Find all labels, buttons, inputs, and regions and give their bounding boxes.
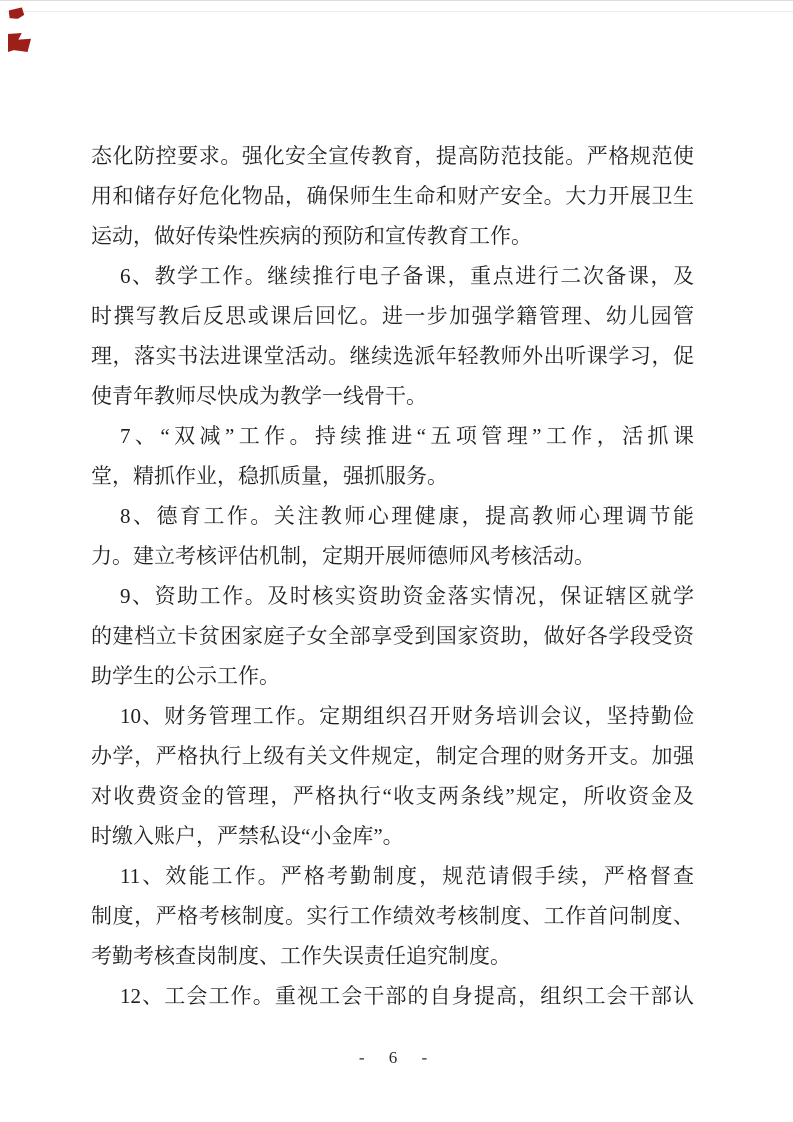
paragraph: 6、教学工作。继续推行电子备课，重点进行二次备课，及时撰写教后反思或课后回忆。进… [91,256,694,416]
text-line: 考勤考核查岗制度、工作失误责任追究制度。 [91,936,694,976]
text-line: 运动，做好传染性疾病的预防和宣传教育工作。 [91,216,694,256]
text-line: 使青年教师尽快成为教学一线骨干。 [91,376,694,416]
paragraph: 11、效能工作。严格考勤制度，规范请假手续，严格督查制度，严格考核制度。实行工作… [91,856,694,976]
paragraph: 8、德育工作。关注教师心理健康，提高教师心理调节能力。建立考核评估机制，定期开展… [91,496,694,576]
paragraph: 10、财务管理工作。定期组织召开财务培训会议，坚持勤俭办学，严格执行上级有关文件… [91,696,694,856]
text-line: 制度，严格考核制度。实行工作绩效考核制度、工作首问制度、 [91,896,694,936]
text-line: 办学，严格执行上级有关文件规定，制定合理的财务开支。加强 [91,736,694,776]
text-line: 态化防控要求。强化安全宣传教育，提高防范技能。严格规范使 [91,136,694,176]
paragraph: 态化防控要求。强化安全宣传教育，提高防范技能。严格规范使用和储存好危化物品，确保… [91,136,694,256]
scan-edge-top-line [0,0,793,1]
document-page: 态化防控要求。强化安全宣传教育，提高防范技能。严格规范使用和储存好危化物品，确保… [0,0,793,1122]
text-line: 理，落实书法进课堂活动。继续选派年轻教师外出听课学习，促 [91,336,694,376]
scan-edge-line [6,11,793,12]
text-line: 6、教学工作。继续推行电子备课，重点进行二次备课，及 [91,256,694,296]
paragraph: 12、工会工作。重视工会干部的自身提高，组织工会干部认 [91,976,694,1016]
text-line: 力。建立考核评估机制，定期开展师德师风考核活动。 [91,536,694,576]
text-line: 10、财务管理工作。定期组织召开财务培训会议，坚持勤俭 [91,696,694,736]
red-ink-mark-2 [8,33,31,52]
text-line: 助学生的公示工作。 [91,656,694,696]
page-footer: - 6 - [0,1046,793,1070]
text-line: 时缴入账户，严禁私设“小金库”。 [91,816,694,856]
text-line: 的建档立卡贫困家庭子女全部享受到国家资助，做好各学段受资 [91,616,694,656]
text-line: 11、效能工作。严格考勤制度，规范请假手续，严格督查 [91,856,694,896]
text-line: 7、“双减”工作。持续推进“五项管理”工作，活抓课 [91,416,694,456]
text-line: 时撰写教后反思或课后回忆。进一步加强学籍管理、幼儿园管 [91,296,694,336]
text-line: 8、德育工作。关注教师心理健康，提高教师心理调节能 [91,496,694,536]
text-line: 用和储存好危化物品，确保师生生命和财产安全。大力开展卫生 [91,176,694,216]
page-number: - 6 - [359,1048,434,1067]
text-line: 12、工会工作。重视工会干部的自身提高，组织工会干部认 [91,976,694,1016]
text-line: 对收费资金的管理，严格执行“收支两条线”规定，所收资金及 [91,776,694,816]
text-line: 9、资助工作。及时核实资助资金落实情况，保证辖区就学 [91,576,694,616]
red-ink-mark-1 [8,7,24,20]
paragraph: 9、资助工作。及时核实资助资金落实情况，保证辖区就学的建档立卡贫困家庭子女全部享… [91,576,694,696]
text-line: 堂，精抓作业，稳抓质量，强抓服务。 [91,456,694,496]
document-body: 态化防控要求。强化安全宣传教育，提高防范技能。严格规范使用和储存好危化物品，确保… [91,136,694,1016]
paragraph: 7、“双减”工作。持续推进“五项管理”工作，活抓课堂，精抓作业，稳抓质量，强抓服… [91,416,694,496]
